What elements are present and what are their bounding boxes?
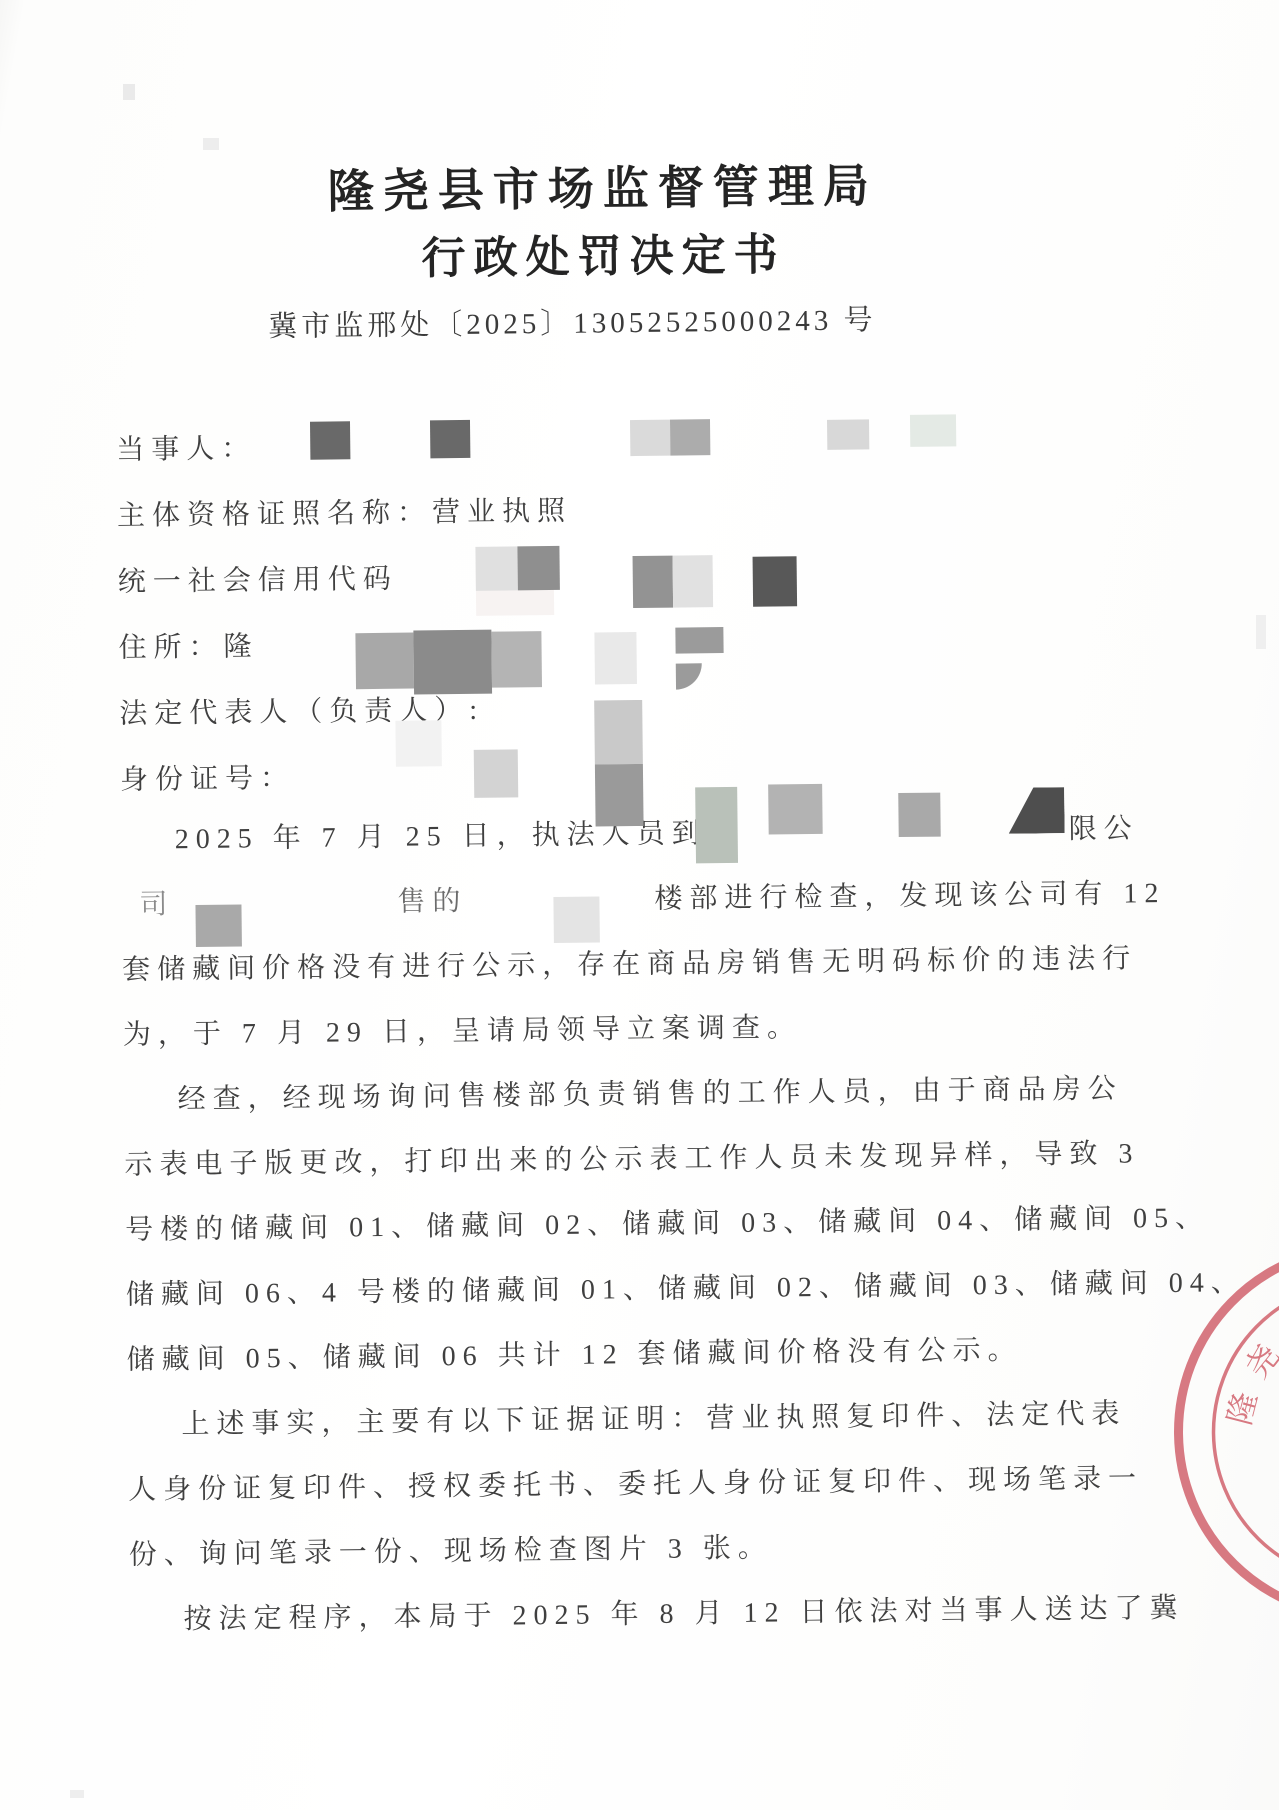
redaction-box (753, 556, 798, 606)
field-credit-code-label: 统一社会信用代码 (118, 564, 398, 598)
redaction-box (695, 787, 738, 863)
seal-outer-ring (1176, 1253, 1279, 1606)
redaction-box (310, 421, 350, 459)
redaction-box (633, 556, 674, 608)
field-party-label: 当事人： (116, 433, 256, 466)
redaction-box (491, 631, 542, 688)
redaction-box (594, 700, 643, 765)
body-line-p1-l1b: 限公 (1068, 806, 1138, 847)
field-credit-code: 统一社会信用代码 (118, 557, 398, 600)
body-line-p2-l2: 示表电子版更改，打印出来的公示表工作人员未发现异样，导致 3 (124, 1131, 1139, 1183)
field-party: 当事人： (116, 426, 256, 468)
body-line-p2-l3: 号楼的储藏间 01、储藏间 02、储藏间 03、储藏间 04、储藏间 05、 (125, 1196, 1210, 1248)
redaction-box (355, 633, 414, 690)
field-address-label: 住所： (118, 632, 223, 664)
body-line-p3-l3: 份、询问笔录一份、现场检查图片 3 张。 (129, 1526, 773, 1573)
redaction-box (827, 419, 869, 449)
scan-artifact (123, 84, 135, 100)
field-license: 主体资格证照名称：营业执照 (117, 489, 572, 534)
redaction-box (475, 546, 517, 590)
document-content: 隆尧县市场监督管理局 行政处罚决定书 冀市监邢处〔2025〕1305252500… (0, 0, 1279, 1810)
scan-artifact (203, 138, 219, 150)
body-line-p3-l1: 上述事实，主要有以下证据证明：营业执照复印件、法定代表 (181, 1392, 1126, 1443)
official-seal-stamp: 隆尧县市场监督管理局 (1154, 1253, 1279, 1606)
body-line-p4-l1: 按法定程序，本局于 2025 年 8 月 12 日依法对当事人送达了冀 (183, 1586, 1184, 1637)
redaction-box (675, 627, 723, 654)
body-line-p2-l5: 储藏间 05、储藏间 06 共计 12 套储藏间价格没有公示。 (126, 1328, 1022, 1378)
redaction-box (595, 764, 644, 827)
agency-title: 隆尧县市场监督管理局 (0, 145, 1243, 226)
redaction-box (395, 720, 442, 767)
document-number: 冀市监邢处〔2025〕13052525000243 号 (0, 293, 1212, 349)
redaction-box (768, 784, 823, 835)
redaction-box (517, 546, 559, 590)
body-line-p1-l2c: 楼部进行检查，发现该公司有 12 (654, 871, 1165, 917)
seal-text: 隆尧县市场监督管理局 (1220, 1288, 1279, 1558)
redaction-box (673, 555, 714, 607)
redaction-box (676, 663, 702, 689)
field-id-number: 身份证号： (120, 756, 295, 798)
redaction-box (630, 420, 670, 456)
scan-artifact (70, 1790, 84, 1798)
field-address-value: 隆 (223, 631, 258, 662)
body-line-p3-l2: 人身份证复印件、授权委托书、委托人身份证复印件、现场笔录一 (128, 1456, 1143, 1508)
redaction-box (594, 632, 637, 684)
body-line-p2-l4: 储藏间 06、4 号楼的储藏间 01、储藏间 02、储藏间 03、储藏间 04、 (126, 1260, 1246, 1313)
seal-inner-ring (1212, 1280, 1279, 1583)
redaction-box (413, 630, 492, 695)
redaction-box (898, 793, 940, 837)
scan-artifact (1256, 615, 1266, 649)
field-license-label: 主体资格证照名称： (117, 497, 432, 532)
field-address: 住所：隆 (118, 624, 258, 666)
body-line-p1-l2b: 售的 (397, 879, 467, 920)
field-license-value: 营业执照 (432, 496, 572, 529)
body-line-p1-l2a: 司 (139, 882, 174, 922)
body-line-p1-l3: 套储藏间价格没有进行公示，存在商品房销售无明码标价的违法行 (122, 936, 1137, 988)
body-line-p1-l4: 为，于 7 月 29 日，呈请局领导立案调查。 (123, 1005, 802, 1053)
redaction-box (670, 419, 710, 455)
redaction-box (553, 896, 600, 943)
redaction-box (195, 905, 241, 948)
redaction-box (1008, 787, 1065, 834)
field-id-number-label: 身份证号： (120, 763, 295, 796)
body-line-p2-l1: 经查，经现场询问售楼部负责销售的工作人员，由于商品房公 (177, 1067, 1122, 1118)
scanned-document-page: 隆尧县市场监督管理局 行政处罚决定书 冀市监邢处〔2025〕1305252500… (0, 0, 1279, 1810)
document-type-title: 行政处罚决定书 (0, 213, 1243, 292)
redaction-box (474, 749, 519, 797)
redaction-box (910, 414, 956, 447)
redaction-box (430, 420, 470, 458)
